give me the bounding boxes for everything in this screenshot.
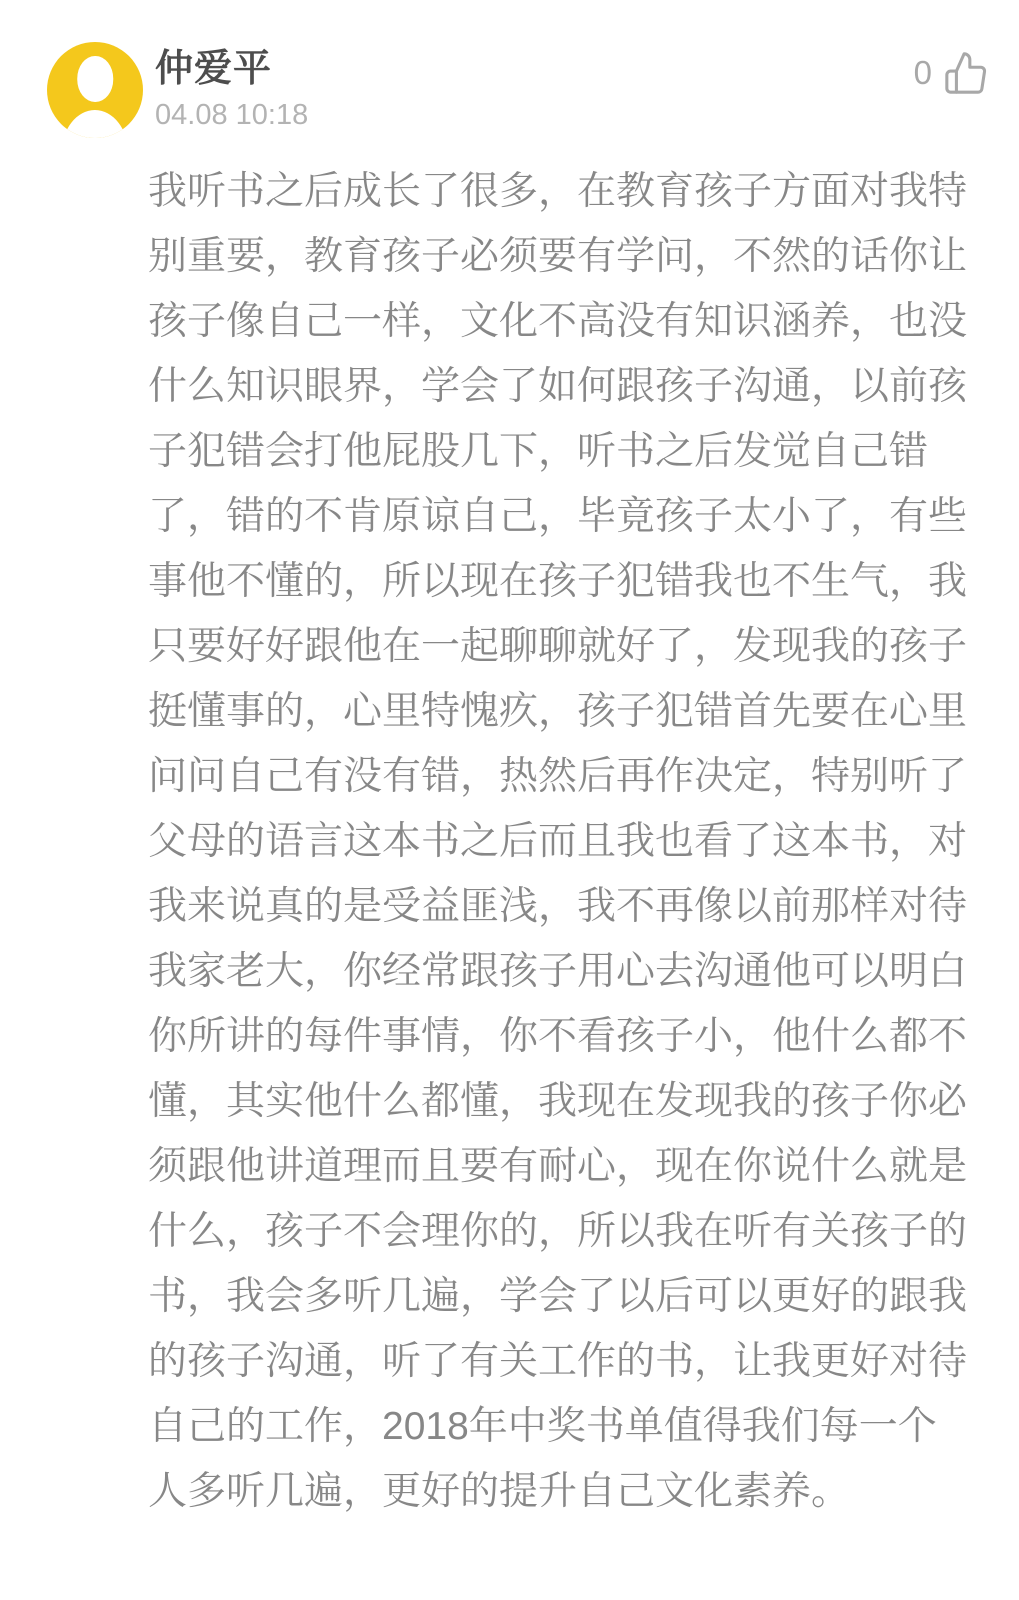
timestamp: 04.08 10:18 [155,98,308,132]
comment-card: 仲爱平 04.08 10:18 0 我听书之后成长了很多，在教育孩子方面对我特别… [0,0,1019,1600]
thumbs-up-icon [943,50,989,96]
user-icon-shoulders [61,110,128,138]
like-button[interactable]: 0 [914,42,989,96]
like-count: 0 [914,53,932,93]
username: 仲爱平 [155,44,308,94]
user-icon [77,56,113,101]
comment-body: 我听书之后成长了很多，在教育孩子方面对我特别重要，教育孩子必须要有学问，不然的话… [148,159,970,1524]
avatar[interactable] [47,42,143,138]
comment-meta: 仲爱平 04.08 10:18 [155,42,308,132]
comment-header: 仲爱平 04.08 10:18 0 [47,42,989,138]
